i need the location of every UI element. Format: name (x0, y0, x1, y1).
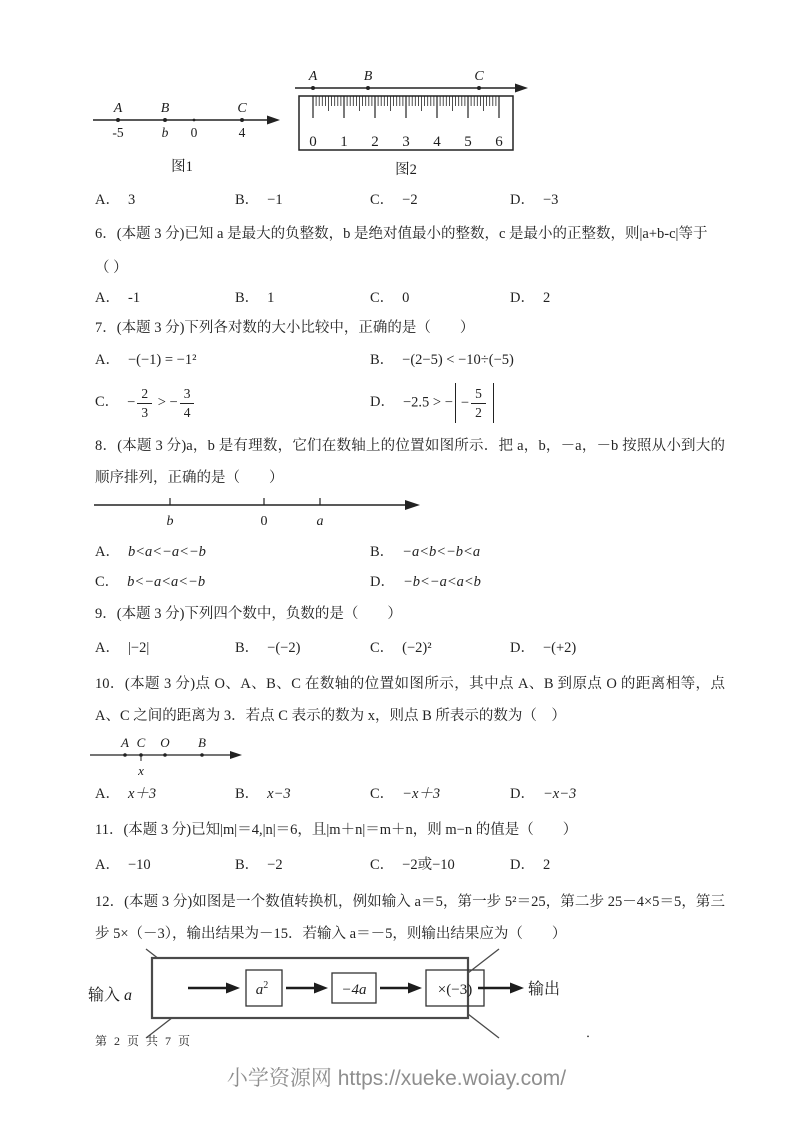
figure-2-ruler: A B C 0 1 2 3 4 5 6 图2 (293, 70, 533, 178)
page-number: 第 2 页 共 7 页 (95, 1032, 192, 1049)
q8-option-c: C．b<−a<a<−b (95, 570, 370, 591)
q11-option-b: B．−2 (235, 853, 370, 874)
q5-option-a: A．3 (95, 188, 235, 209)
ruler-number-5: 5 (464, 134, 472, 150)
fig1-value-zero: 0 (191, 125, 198, 140)
fig2-point-a-label: A (308, 70, 318, 84)
q7-text: 7．(本题 3 分)下列各对数的大小比较中，正确的是（ ） (95, 312, 725, 344)
q10-text: 10．(本题 3 分)点 O、A、B、C 在数轴的位置如图所示，其中点 A、B … (95, 668, 725, 732)
q6-option-b: B．1 (235, 286, 370, 307)
q10-option-d: D．−x−3 (510, 782, 725, 803)
q10-line-O: O (160, 735, 170, 750)
q9-option-a: A．|−2| (95, 636, 235, 657)
q11-option-a: A．−10 (95, 853, 235, 874)
arrow-head-icon (515, 84, 528, 93)
q8-line-b: b (167, 514, 174, 529)
q8-text: 8．(本题 3 分)a，b 是有理数，它们在数轴上的位置如图所示．把 a，b，－… (95, 430, 725, 494)
q10-option-c: C．−x＋3 (370, 782, 510, 803)
fig2-caption: 图2 (395, 161, 417, 178)
machine-box3-label: ×(−3) (438, 982, 472, 998)
watermark: 小学资源网 https://xueke.woiay.com/ (0, 1062, 793, 1092)
q9-option-b: B．−(−2) (235, 636, 370, 657)
q5-option-c: C．−2 (370, 188, 510, 209)
fig1-value-a: -5 (112, 125, 123, 140)
q10-options: A．x＋3 B．x−3 C．−x＋3 D．−x−3 (95, 782, 725, 803)
q5-option-b: B．−1 (235, 188, 370, 209)
q10-line-B: B (198, 735, 206, 750)
q9-option-d: D．−(+2) (510, 636, 725, 657)
q6-option-a: A．-1 (95, 286, 235, 307)
q6-option-d: D．2 (510, 286, 725, 307)
ruler-ticks (313, 96, 499, 118)
ruler-number-2: 2 (371, 134, 379, 150)
q6-options: A．-1 B．1 C．0 D．2 (95, 286, 725, 307)
q12-text: 12．(本题 3 分)如图是一个数值转换机，例如输入 a＝5，第一步 5²＝25… (95, 886, 725, 950)
q11-text: 11．(本题 3 分)已知|m|＝4,|n|＝6，且|m＋n|＝m＋n，则 m−… (95, 814, 725, 846)
q8-line-a: a (317, 514, 324, 529)
q6-text: 6．(本题 3 分)已知 a 是最大的负整数，b 是绝对值最小的整数，c 是最小… (95, 218, 725, 250)
q8-option-b: B．−a<b<−b<a (370, 540, 725, 561)
q7-option-a: A．−(−1) = −1² (95, 348, 370, 369)
q11-option-d: D．2 (510, 853, 725, 874)
q7-options-row2: C．−23 > −34 D．−2.5 > −−52 (95, 383, 725, 423)
q9-option-c: C．(−2)² (370, 636, 510, 657)
stray-dot: ． (586, 1022, 599, 1041)
fig1-point-c-label: C (237, 101, 247, 116)
q7-options-row1: A．−(−1) = −1² B．−(2−5) < −10÷(−5) (95, 348, 725, 369)
ruler-number-6: 6 (495, 134, 503, 150)
machine-box2-label: −4a (341, 982, 366, 998)
fig1-value-b: b (162, 125, 169, 140)
q7-option-b: B．−(2−5) < −10÷(−5) (370, 348, 725, 369)
fraction: 34 (180, 386, 195, 420)
fig1-value-c: 4 (239, 125, 246, 140)
q9-options: A．|−2| B．−(−2) C．(−2)² D．−(+2) (95, 636, 725, 657)
q5-option-d: D．−3 (510, 188, 725, 209)
q11-options: A．−10 B．−2 C．−2或−10 D．2 (95, 853, 725, 874)
figure-1: A B C -5 b 0 4 图1 (90, 74, 290, 179)
q10-option-a: A．x＋3 (95, 782, 235, 803)
q5-options: A．3 B．−1 C．−2 D．−3 (95, 188, 725, 209)
ruler-number-3: 3 (402, 134, 410, 150)
exam-page: A B C -5 b 0 4 图1 A B C 0 1 2 3 4 5 (0, 0, 793, 1122)
q8-options-row2: C．b<−a<a<−b D．−b<−a<a<b (95, 570, 725, 591)
q8-options-row1: A．b<a<−a<−b B．−a<b<−b<a (95, 540, 725, 561)
machine-input-label: 输入 a (88, 986, 132, 1004)
q6-option-c: C．0 (370, 286, 510, 307)
absolute-value-bars: −52 (455, 383, 494, 423)
arrow-head-icon (267, 116, 280, 125)
q10-line-C: C (137, 735, 146, 750)
ruler-number-1: 1 (340, 134, 348, 150)
fig1-caption: 图1 (171, 158, 193, 174)
fraction: 52 (471, 386, 486, 420)
figure-1-numberline: A B C -5 b 0 4 图1 (90, 74, 290, 174)
fig2-point-b-label: B (364, 70, 373, 84)
q7-option-d: D．−2.5 > −−52 (370, 383, 725, 423)
arrow-head-icon (230, 751, 242, 759)
fraction: 23 (137, 386, 152, 420)
q8-option-a: A．b<a<−a<−b (95, 540, 370, 561)
fig1-point-b-label: B (161, 101, 170, 116)
arrow-head-icon (405, 500, 420, 510)
q8-numberline: b 0 a (92, 492, 422, 539)
fig1-point-a-label: A (113, 101, 123, 116)
q10-option-b: B．x−3 (235, 782, 370, 803)
q7-option-c: C．−23 > −34 (95, 386, 370, 420)
ruler-number-4: 4 (433, 134, 441, 150)
fig2-point-c-label: C (474, 70, 484, 84)
q11-option-c: C．−2或−10 (370, 853, 510, 874)
q8-option-d: D．−b<−a<a<b (370, 570, 725, 591)
q6-paren: （ ） (95, 252, 725, 284)
ruler-number-0: 0 (309, 134, 317, 150)
q10-numberline: A C O B x (88, 734, 248, 787)
arrow-head-icon (510, 983, 524, 994)
machine-output-label: 输出 (528, 980, 560, 998)
figure-2: A B C 0 1 2 3 4 5 6 图2 (293, 70, 533, 183)
q10-line-A: A (120, 735, 129, 750)
q8-line-zero: 0 (261, 514, 268, 529)
q9-text: 9．(本题 3 分)下列四个数中，负数的是（ ） (95, 598, 725, 630)
q10-line-x: x (137, 763, 144, 778)
